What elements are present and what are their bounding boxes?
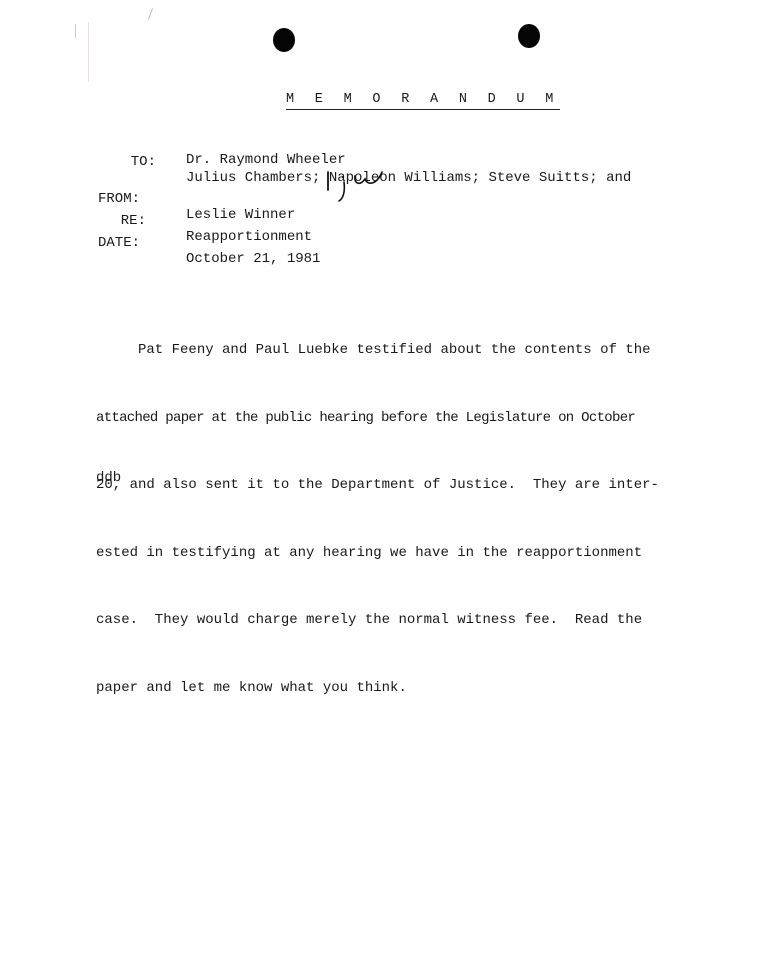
header-value-to-cont: Dr. Raymond Wheeler	[186, 152, 346, 168]
paper-mark	[88, 22, 89, 82]
body-line: attached paper at the public hearing bef…	[96, 407, 684, 430]
header-date: DATE: October 21, 1981	[96, 219, 696, 237]
body-line: paper and let me know what you think.	[96, 677, 684, 700]
memo-title: M E M O R A N D U M	[286, 92, 560, 110]
header-label-date: DATE:	[98, 235, 158, 251]
header-to: TO: Julius Chambers; Napoleon Williams; …	[96, 138, 696, 172]
header-from: FROM: Leslie Winner	[96, 175, 696, 193]
handwritten-initials-signature	[320, 168, 390, 204]
header-re: RE: Reapportionment	[96, 197, 696, 215]
memo-page: M E M O R A N D U M TO: Julius Chambers;…	[0, 0, 768, 980]
header-value-date: October 21, 1981	[186, 251, 320, 267]
paper-mark	[148, 8, 153, 20]
body-line: ested in testifying at any hearing we ha…	[96, 542, 684, 565]
body-line: 20, and also sent it to the Department o…	[96, 474, 684, 497]
punch-hole-left	[273, 28, 295, 52]
header-label-to: TO:	[96, 154, 156, 170]
punch-hole-right	[518, 24, 540, 48]
paper-mark	[75, 24, 76, 38]
typist-initials: ddb	[96, 470, 121, 486]
body-line: Pat Feeny and Paul Luebke testified abou…	[96, 339, 684, 362]
body-line: case. They would charge merely the norma…	[96, 609, 684, 632]
memo-body: Pat Feeny and Paul Luebke testified abou…	[96, 294, 684, 744]
